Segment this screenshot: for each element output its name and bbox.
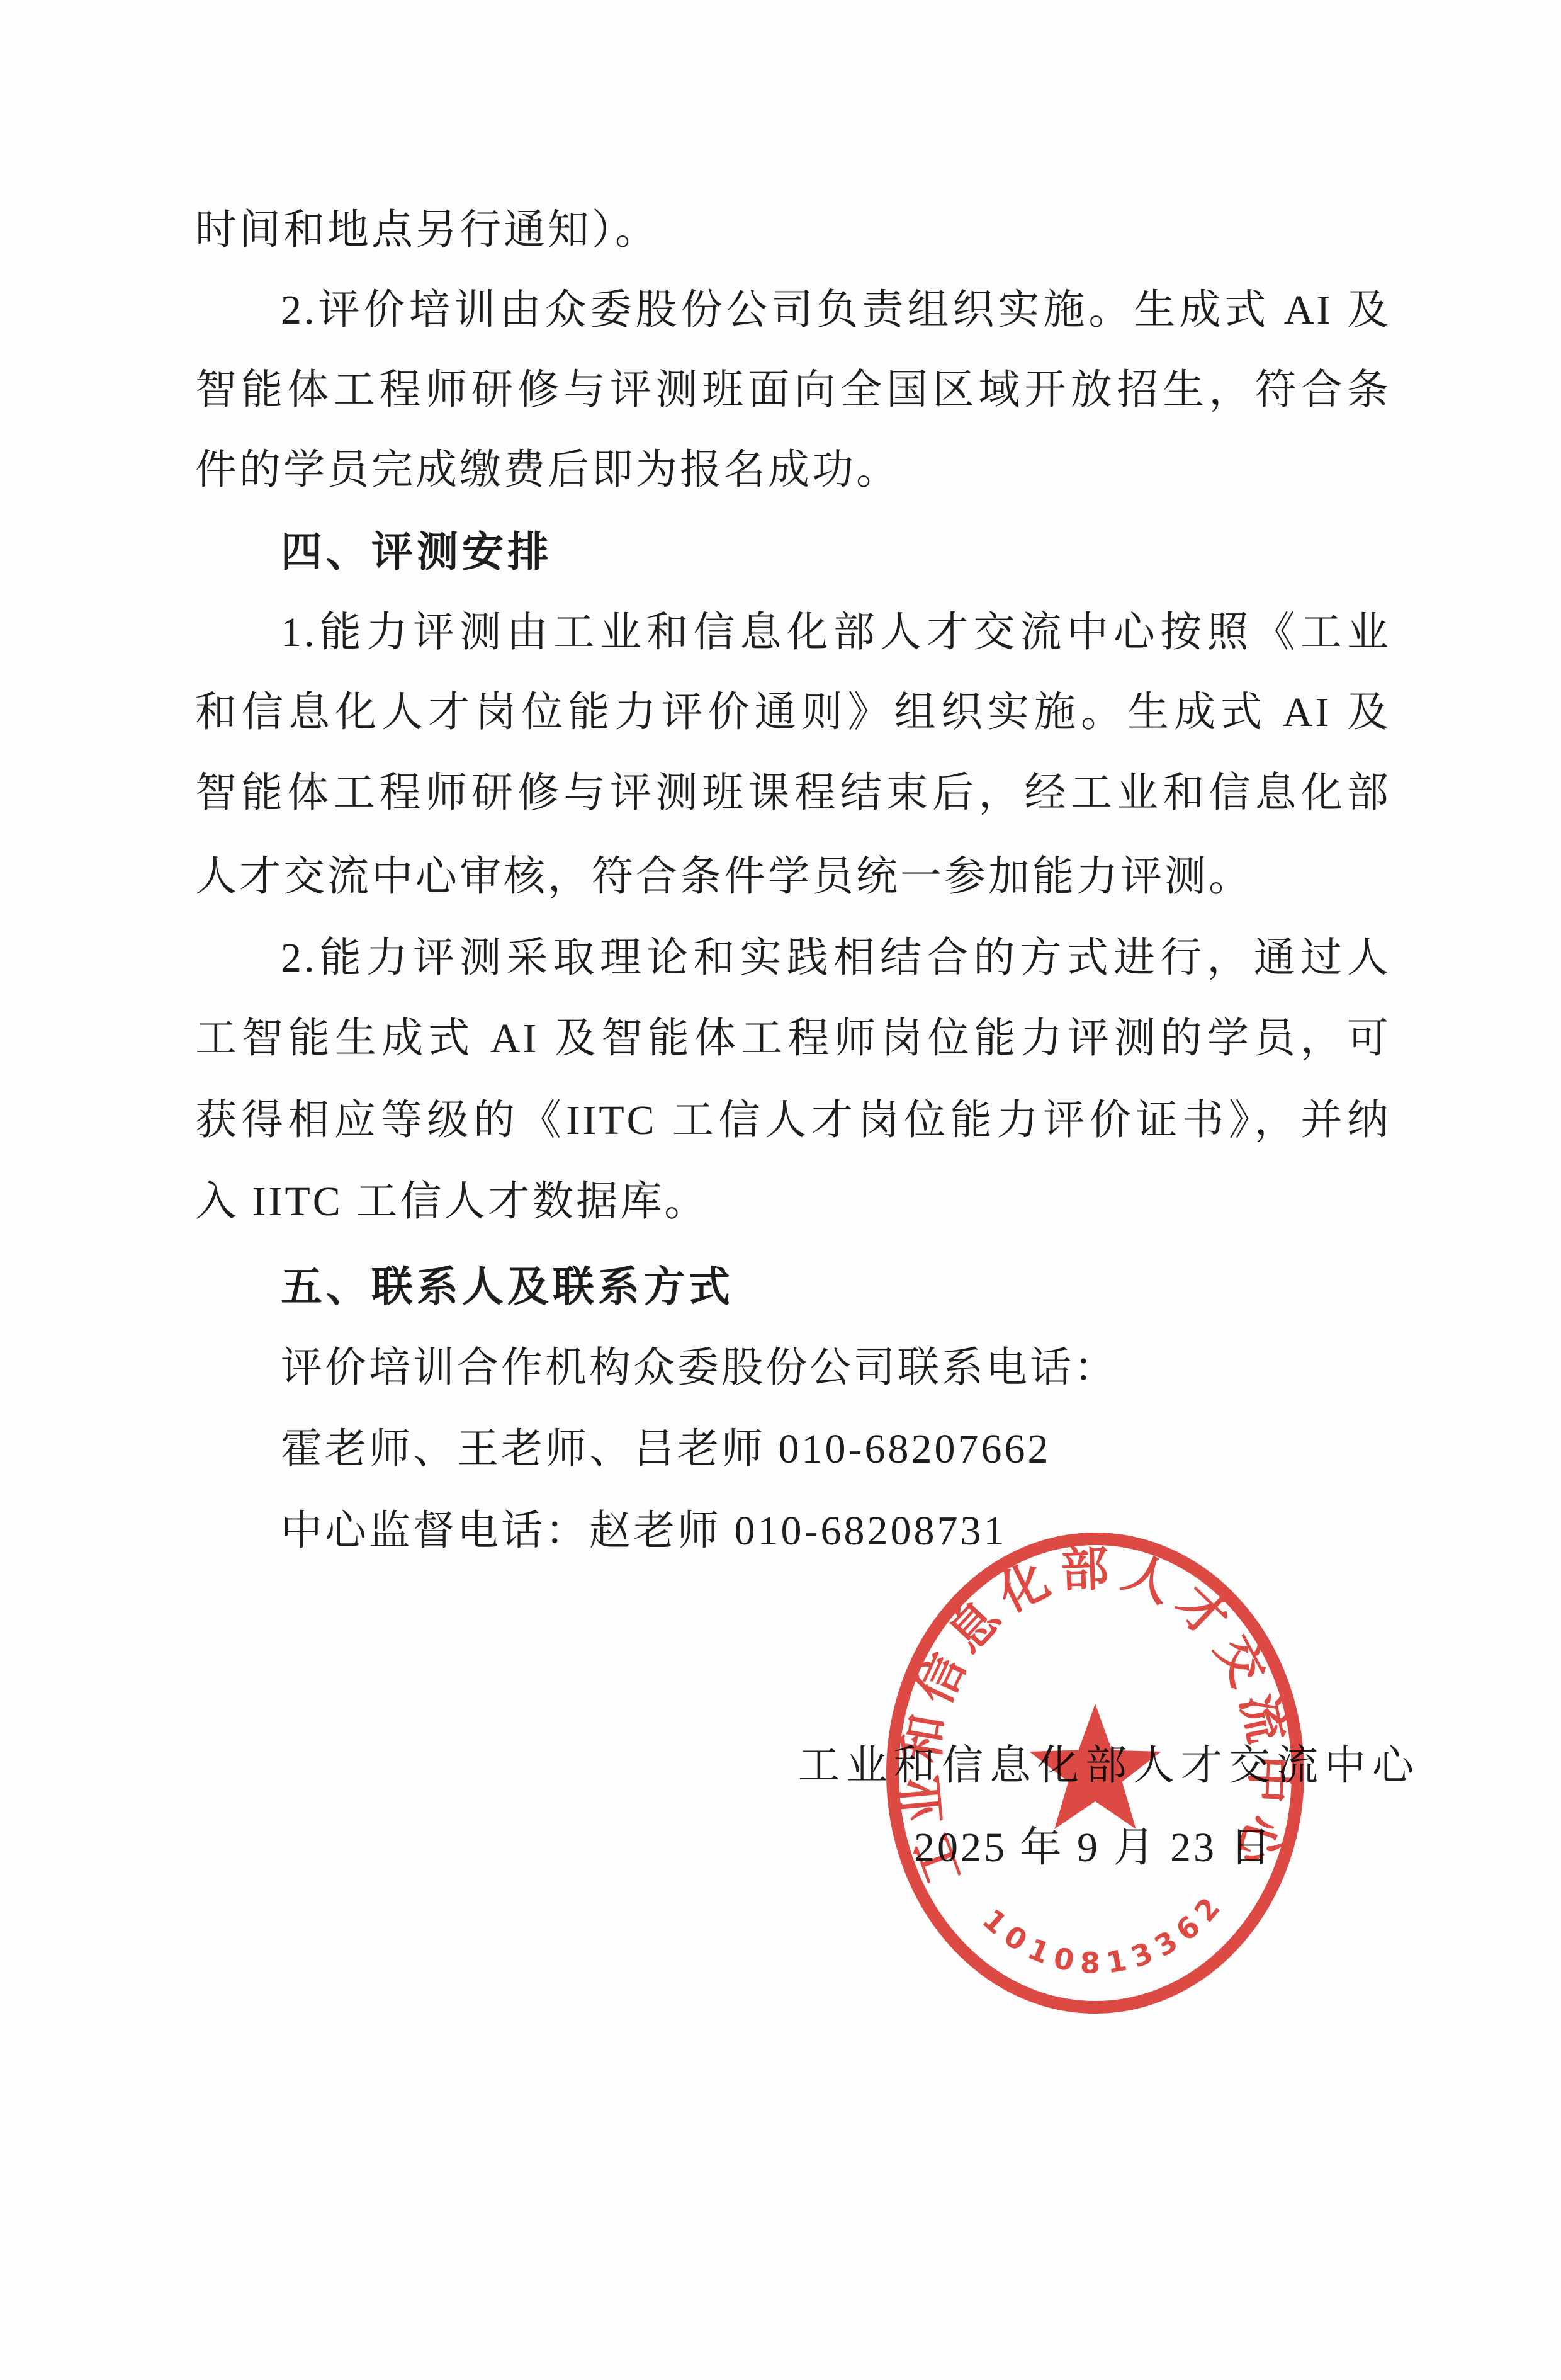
body-line: 时间和地点另行通知）。 (195, 203, 1391, 261)
seal-star-icon (1029, 1704, 1161, 1829)
body-line: 件的学员完成缴费后即为报名成功。 (195, 443, 1391, 501)
body-line: 1.能力评测由工业和信息化部人才交流中心按照《工业 (195, 606, 1391, 664)
body-line: 工智能生成式 AI 及智能体工程师岗位能力评测的学员，可 (195, 1012, 1391, 1070)
official-seal: 工业和信息化部人才交流中心 10108133627 (872, 1524, 1319, 2021)
body-line: 2.能力评测采取理论和实践相结合的方式进行，通过人 (195, 931, 1391, 989)
body-line: 人才交流中心审核，符合条件学员统一参加能力评测。 (195, 850, 1391, 908)
scanned-document-page: 时间和地点另行通知）。 2.评价培训由众委股份公司负责组织实施。生成式 AI 及… (0, 0, 1561, 2380)
body-line: 评价培训合作机构众委股份公司联系电话： (195, 1341, 1391, 1399)
section-heading-5: 五、联系人及联系方式 (195, 1259, 1391, 1317)
body-line: 智能体工程师研修与评测班课程结束后，经工业和信息化部 (195, 766, 1391, 824)
body-line: 2.评价培训由众委股份公司负责组织实施。生成式 AI 及 (195, 283, 1391, 341)
contact-phone-line: 霍老师、王老师、吕老师 010-68207662 (195, 1422, 1391, 1480)
body-line: 智能体工程师研修与评测班面向全国区域开放招生，符合条 (195, 363, 1391, 421)
body-line: 和信息化人才岗位能力评价通则》组织实施。生成式 AI 及 (195, 686, 1391, 744)
body-line: 入 IITC 工信人才数据库。 (195, 1175, 1391, 1233)
section-heading-4: 四、评测安排 (195, 524, 1391, 582)
body-line: 获得相应等级的《IITC 工信人才岗位能力评价证书》，并纳 (195, 1094, 1391, 1152)
